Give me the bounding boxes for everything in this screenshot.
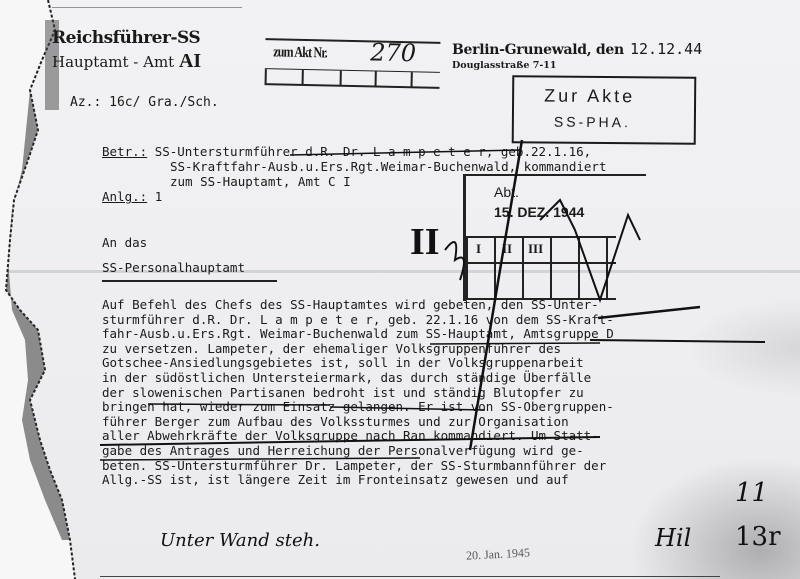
- body-line: führer Berger zum Aufbau des Volkssturme…: [102, 415, 614, 430]
- letterhead: Reichsführer-SS Hauptamt - Amt AI: [52, 28, 201, 73]
- sender-street: Douglasstraße 7-11: [452, 60, 556, 71]
- file-number-stamp: zum Akt Nr. 270: [265, 38, 441, 89]
- top-rule: [52, 7, 242, 8]
- zur-akte-line2: SS-PHA.: [554, 114, 631, 131]
- file-number-label: zum Akt Nr.: [273, 44, 327, 62]
- body-line: sturmführer d.R. Dr. L a m p e t e r, ge…: [102, 313, 614, 328]
- margin-roman-mark: II: [410, 220, 440, 264]
- body-line: aller Abwehrkräfte der Volksgruppe nach …: [102, 429, 614, 444]
- subject-line: zum SS-Hauptamt, Amt C I: [170, 174, 351, 189]
- letter-date: 12.12.44: [630, 40, 702, 58]
- handwritten-note: Unter Wand steh.: [160, 530, 320, 551]
- subject-line: SS-Kraftfahr-Ausb.u.Ers.Rgt.Weimar-Buche…: [170, 159, 607, 174]
- recipient-line1: An das: [102, 230, 277, 255]
- stamp-col-3: III: [528, 241, 543, 257]
- bottom-rule: [100, 576, 720, 577]
- reference-prefix: Az.:: [70, 95, 101, 110]
- body-line: zu versetzen. Lampeter, der ehemaliger V…: [102, 342, 614, 357]
- recipient-block: An das SS-Personalhauptamt: [102, 230, 277, 282]
- body-line: Gotschee-Ansiedlungsgebietes ist, soll i…: [102, 356, 614, 371]
- zur-akte-line1: Zur Akte: [544, 85, 635, 107]
- body-line: bringen hat, wieder zum Einsatz gelangen…: [102, 400, 614, 415]
- attachments-label: Anlg.:: [102, 189, 147, 204]
- stamp-col-1: I: [476, 241, 481, 257]
- reference-value: 16c/ Gra./Sch.: [109, 95, 219, 110]
- body-line: in der südöstlichen Untersteiermark, das…: [102, 371, 614, 386]
- reference-line: Az.: 16c/ Gra./Sch.: [70, 95, 219, 110]
- received-stamp-date: 15. DEZ. 1944: [494, 204, 584, 220]
- body-line: Allg.-SS ist, ist längere Zeit im Fronte…: [102, 473, 614, 488]
- body-line: gabe des Antrages und Herreichung der Pe…: [102, 444, 614, 459]
- sender-place: Berlin-Grunewald, den: [452, 42, 624, 58]
- file-number-cells: [265, 68, 440, 88]
- attachments-value: 1: [155, 189, 163, 204]
- received-stamp-label: Abt.: [494, 184, 519, 200]
- torn-left-edge: [0, 0, 80, 579]
- letterhead-office: Hauptamt - Amt AI: [52, 50, 201, 73]
- body-line: fahr-Ausb.u.Ers.Rgt. Weimar-Buchenwald z…: [102, 327, 614, 342]
- signature: Hil: [655, 524, 691, 552]
- margin-number: 11: [735, 478, 768, 508]
- letterhead-org: Reichsführer-SS: [52, 28, 201, 48]
- body-text: Auf Befehl des Chefs des SS-Hauptamtes w…: [102, 298, 614, 488]
- subject-line: SS-Untersturmführer d.R. Dr. L a m p e t…: [155, 144, 592, 159]
- page-mark: 13r: [735, 522, 781, 552]
- received-stamp: Abt. 15. DEZ. 1944 I II III: [463, 174, 646, 301]
- file-number-handwritten: 270: [370, 38, 416, 67]
- stamp-col-2: II: [502, 241, 512, 257]
- document-page: Reichsführer-SS Hauptamt - Amt AI Az.: 1…: [0, 0, 800, 579]
- body-line: der slowenischen Partisanen bedroht ist …: [102, 386, 614, 401]
- body-line: beten. SS-Untersturmführer Dr. Lampeter,…: [102, 459, 614, 474]
- office-code: AI: [179, 50, 201, 72]
- zur-akte-stamp: Zur Akte SS-PHA.: [512, 75, 697, 145]
- body-line: Auf Befehl des Chefs des SS-Hauptamtes w…: [102, 298, 614, 313]
- recipient-line2: SS-Personalhauptamt: [102, 255, 277, 280]
- received-stamp-grid: I II III: [466, 236, 616, 300]
- subject-label: Betr.:: [102, 144, 147, 159]
- recipient-rule: [102, 280, 277, 282]
- received-date-stamp: 20. Jan. 1945: [466, 545, 531, 563]
